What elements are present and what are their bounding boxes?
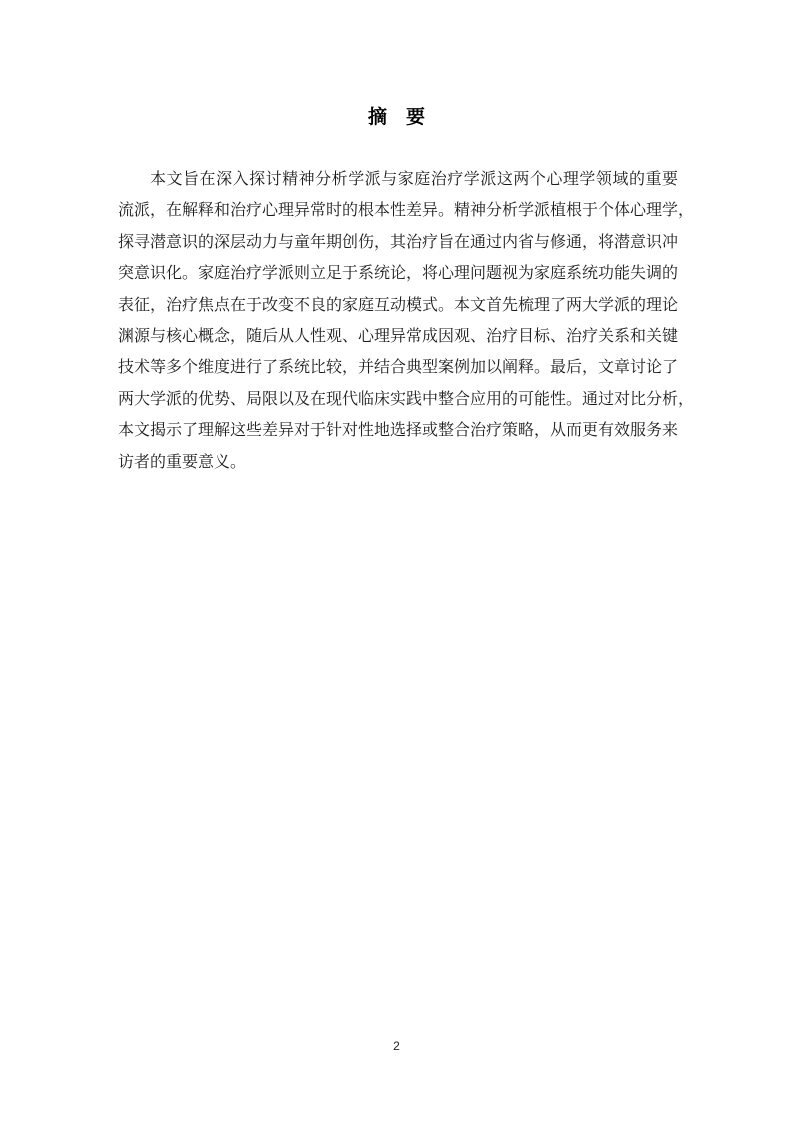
abstract-line: 流派，在解释和治疗心理异常时的根本性差异。精神分析学派植根于个体心理学， [118,194,678,225]
abstract-heading-char-1: 摘 [368,106,387,128]
abstract-heading-char-2: 要 [406,106,425,128]
document-page: 摘要 本文旨在深入探讨精神分析学派与家庭治疗学派这两个心理学领域的重要 流派，在… [0,0,793,1122]
abstract-line: 本文揭示了理解这些差异对于针对性地选择或整合治疗策略，从而更有效服务来 [118,414,678,445]
abstract-line: 突意识化。家庭治疗学派则立足于系统论，将心理问题视为家庭系统功能失调的 [118,257,678,288]
abstract-line: 探寻潜意识的深层动力与童年期创伤，其治疗旨在通过内省与修通，将潜意识冲 [118,226,678,257]
abstract-line: 两大学派的优势、局限以及在现代临床实践中整合应用的可能性。通过对比分析， [118,383,678,414]
abstract-line: 技术等多个维度进行了系统比较，并结合典型案例加以阐释。最后，文章讨论了 [118,351,678,382]
page-number: 2 [0,1039,793,1053]
abstract-line: 渊源与核心概念，随后从人性观、心理异常成因观、治疗目标、治疗关系和关键 [118,320,678,351]
abstract-line: 访者的重要意义。 [118,446,678,477]
abstract-body: 本文旨在深入探讨精神分析学派与家庭治疗学派这两个心理学领域的重要 流派，在解释和… [118,163,678,477]
abstract-line: 表征，治疗焦点在于改变不良的家庭互动模式。本文首先梳理了两大学派的理论 [118,289,678,320]
abstract-heading: 摘要 [0,104,793,130]
abstract-line: 本文旨在深入探讨精神分析学派与家庭治疗学派这两个心理学领域的重要 [118,163,678,194]
